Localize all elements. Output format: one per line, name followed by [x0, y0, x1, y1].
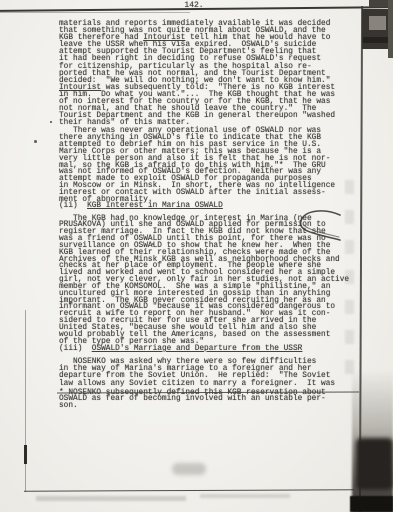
scan-artifact-top-edge-mark: [369, 0, 391, 7]
body-paragraph-4: NOSENKO was asked why there were so few …: [59, 359, 369, 388]
scan-artifact-right-edge-streak: [388, 0, 393, 58]
scan-artifact-top-right-light-patch: [369, 16, 386, 30]
footnote: * NOSENKO subsequently defined this KGB …: [59, 390, 369, 411]
scan-artifact-bottom-right-blob: [356, 438, 393, 490]
body-paragraph-1: materials and reports immediately availa…: [59, 21, 369, 127]
left-border-line: [25, 310, 26, 492]
top-border-line-echo: [0, 12, 190, 13]
ink-speck: [34, 140, 37, 143]
heading-title: OSWALD's Marriage and Departure from the…: [92, 345, 303, 353]
heading-number: (ii): [59, 202, 87, 210]
scanned-document: { "colors": { "paper": "#f4f3f0", "ink":…: [0, 0, 393, 512]
text-line: son.: [59, 403, 369, 410]
bottom-border-line: [24, 489, 354, 492]
body-paragraph-2: There was never any operational use of O…: [59, 128, 369, 204]
ink-speck: [50, 121, 52, 123]
text-line: OSWALD as fear of becoming involved with…: [59, 396, 369, 403]
scan-artifact-center-smudge: [172, 463, 206, 475]
heading-title: KGB Interest in Marina OSWALD: [87, 202, 223, 210]
heading-number: (iii): [59, 345, 92, 353]
body-paragraph-3: The KGB had no knowledge or interest in …: [59, 216, 369, 346]
ink-speck: [152, 243, 154, 245]
scan-artifact-bottom-smudge-1: [36, 496, 186, 501]
section-heading-ii: (ii) KGB Interest in Marina OSWALD: [59, 203, 369, 210]
scan-artifact-bottom-right-corner: [350, 496, 393, 512]
page-number: 142.: [170, 1, 218, 10]
text-line: law allows any Soviet citizen to marry a…: [59, 381, 369, 388]
scan-artifact-bottom-smudge-2: [200, 494, 290, 498]
left-border-bold-mark: [24, 445, 27, 464]
section-heading-iii: (iii) OSWALD's Marriage and Departure fr…: [59, 346, 369, 353]
